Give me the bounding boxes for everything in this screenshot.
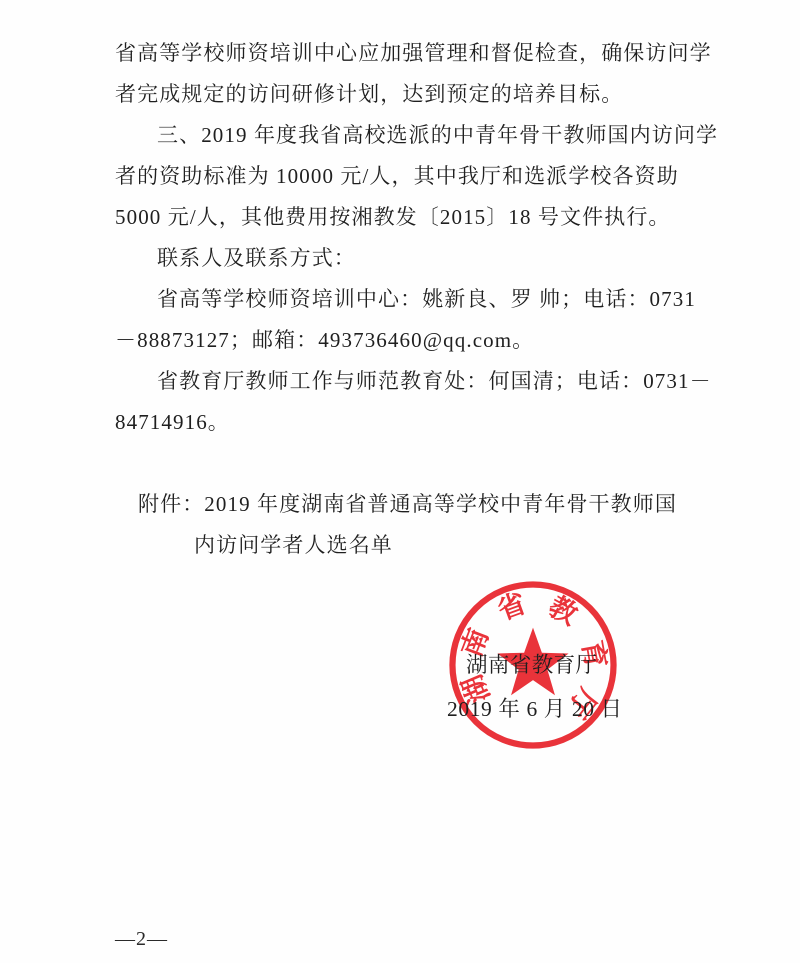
attachment-line: 附件：2019 年度湖南省普通高等学校中青年骨干教师国 [115, 484, 725, 525]
issue-date: 2019 年 6 月 20 日 [447, 694, 623, 724]
document-line: 三、2019 年度我省高校选派的中青年骨干教师国内访问学 [115, 115, 725, 156]
document-line: 者的资助标准为 10000 元/人，其中我厅和选派学校各资助 [115, 156, 725, 197]
document-line: 84714916。 [115, 402, 725, 443]
document-page: 省高等学校师资培训中心应加强管理和督促检查，确保访问学 者完成规定的访问研修计划… [0, 0, 800, 963]
document-line: 者完成规定的访问研修计划，达到预定的培养目标。 [115, 74, 725, 115]
document-line: 联系人及联系方式： [115, 238, 725, 279]
document-line: －88873127；邮箱：493736460@qq.com。 [115, 320, 725, 361]
document-line: 省教育厅教师工作与师范教育处：何国清；电话：0731－ [115, 361, 725, 402]
document-line: 5000 元/人，其他费用按湘教发〔2015〕18 号文件执行。 [115, 197, 725, 238]
document-body: 省高等学校师资培训中心应加强管理和督促检查，确保访问学 者完成规定的访问研修计划… [115, 33, 725, 566]
page-number: —2— [115, 925, 168, 953]
document-line: 省高等学校师资培训中心应加强管理和督促检查，确保访问学 [115, 33, 725, 74]
issuer-name: 湖南省教育厅 [466, 650, 597, 680]
attachment-line: 内访问学者人选名单 [115, 525, 725, 566]
document-line: 省高等学校师资培训中心：姚新良、罗 帅；电话：0731 [115, 279, 725, 320]
